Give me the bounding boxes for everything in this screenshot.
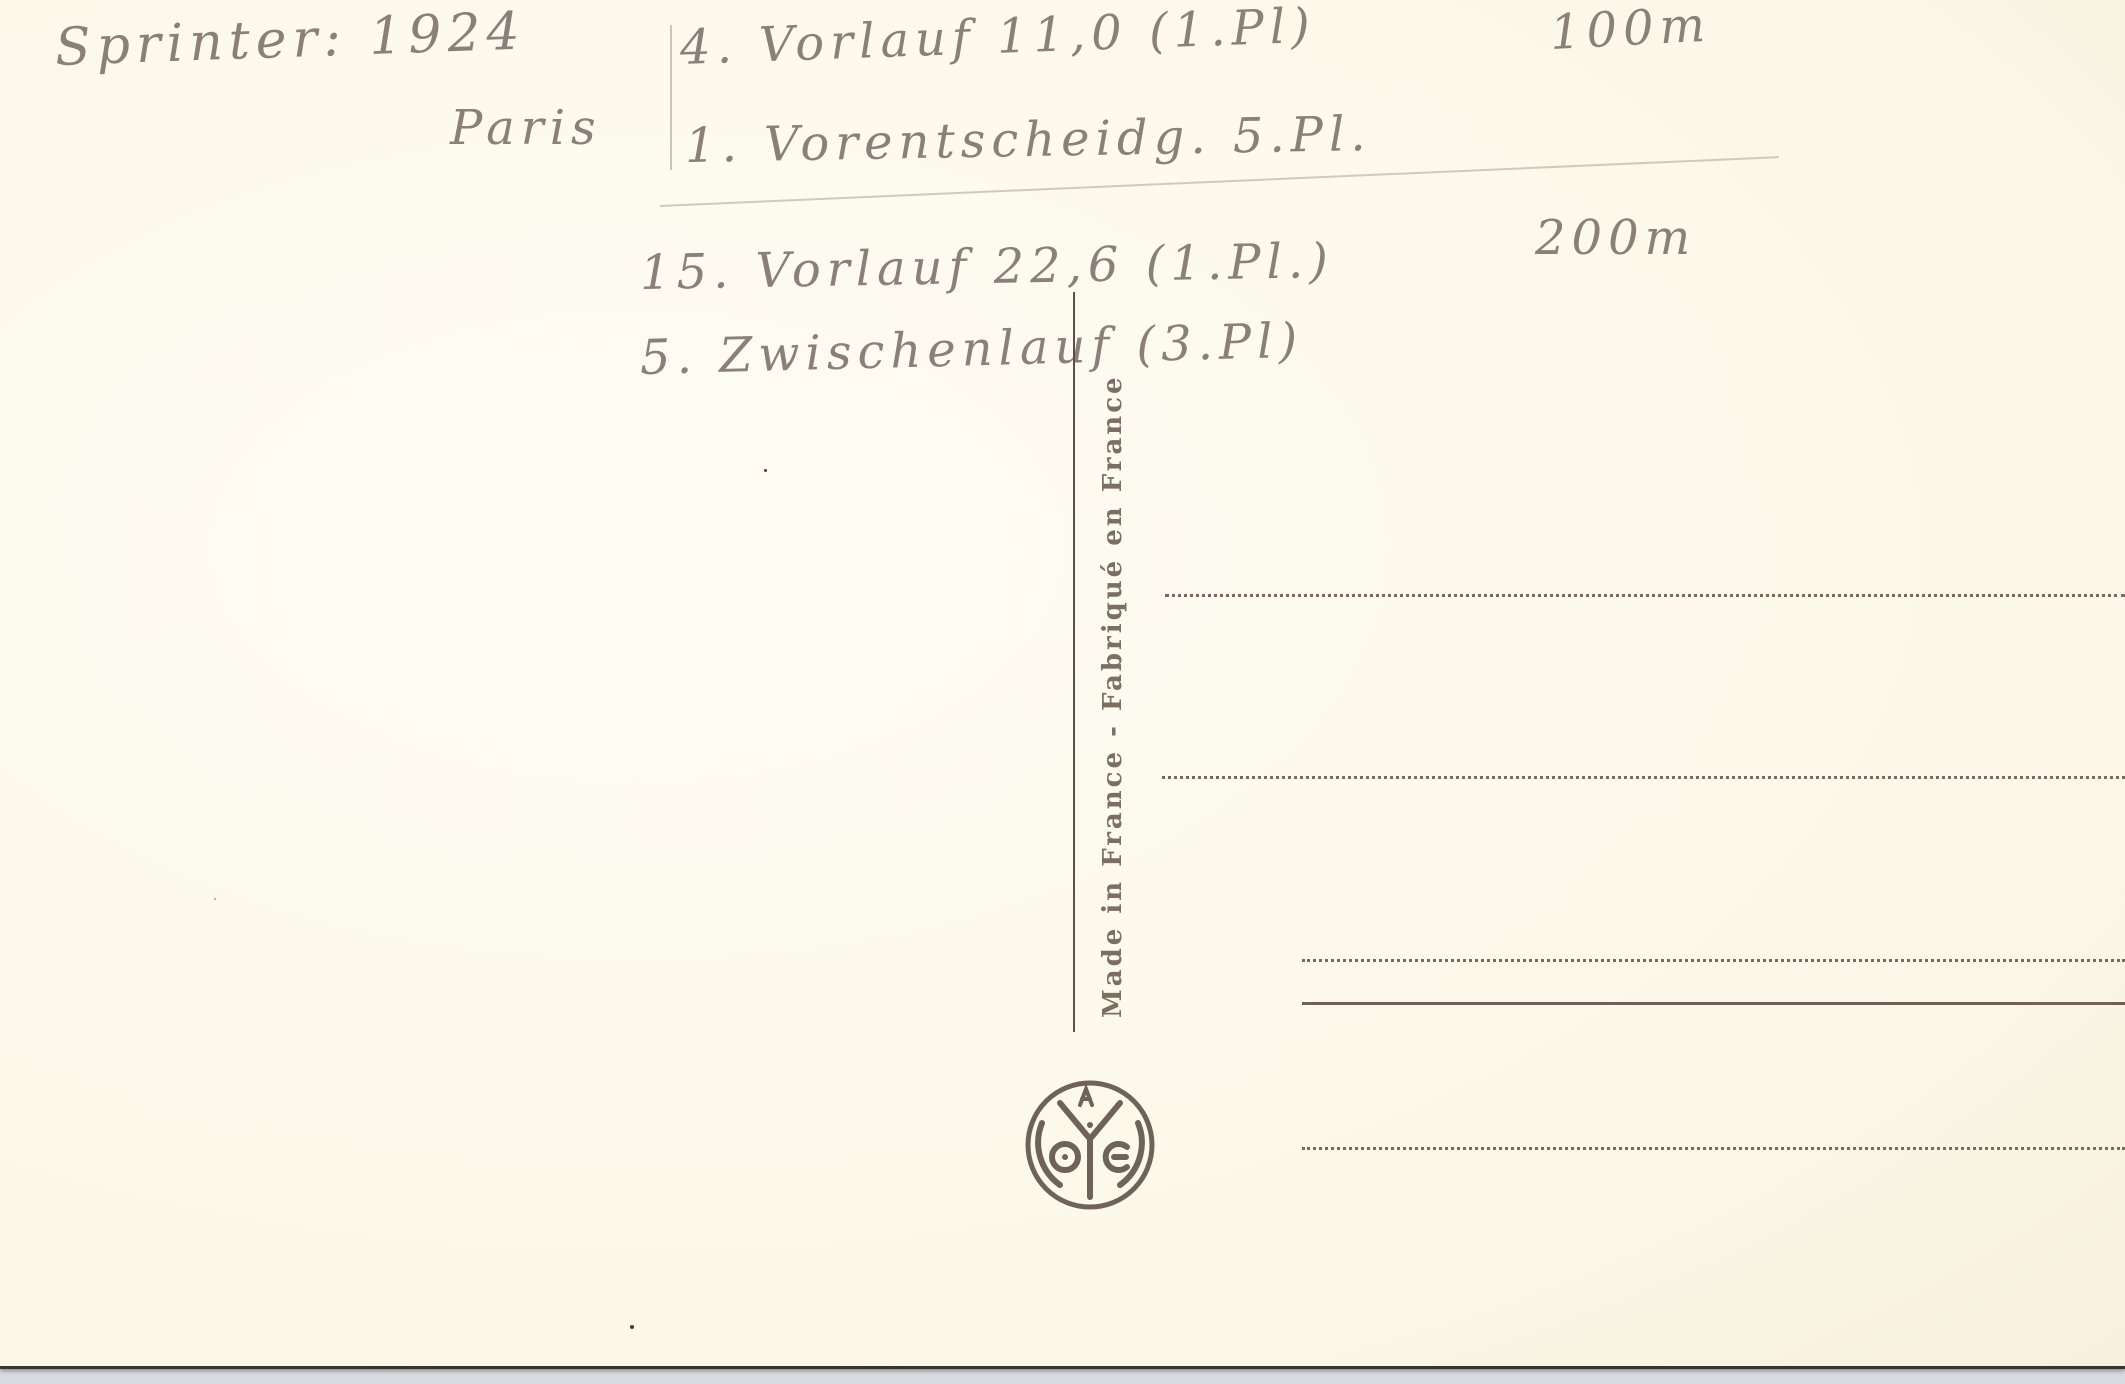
center-divider: [1073, 292, 1075, 1032]
note-event-100m: 100m: [1549, 0, 1713, 61]
address-line-5: [1302, 1147, 2125, 1150]
pencil-bracket-line: [670, 25, 672, 170]
address-line-2: [1162, 776, 2125, 779]
note-event-200m: 200m: [1535, 210, 1696, 266]
note-result-2: 1. Vorentscheidg. 5.Pl.: [685, 106, 1372, 174]
note-result-4: 5. Zwischenlauf (3.Pl): [639, 313, 1304, 386]
note-result-1: 4. Vorlauf 11,0 (1.Pl): [679, 0, 1317, 76]
note-sprinter-year: Sprinter: 1924: [54, 2, 527, 78]
paper-speck: [764, 469, 767, 472]
paper-speck: [214, 898, 216, 900]
paper-speck: [630, 1325, 634, 1329]
publisher-logo-icon: [1020, 1075, 1160, 1215]
postcard-back: Sprinter: 1924 Paris 4. Vorlauf 11,0 (1.…: [0, 0, 2125, 1366]
address-line-1: [1165, 594, 2125, 597]
made-in-france-imprint: Made in France - Fabriqué en France: [1098, 374, 1128, 1018]
address-line-4: [1302, 1002, 2125, 1005]
address-line-3: [1302, 959, 2125, 962]
note-result-3: 15. Vorlauf 22,6 (1.Pl.): [640, 233, 1335, 301]
note-paris: Paris: [450, 100, 602, 156]
